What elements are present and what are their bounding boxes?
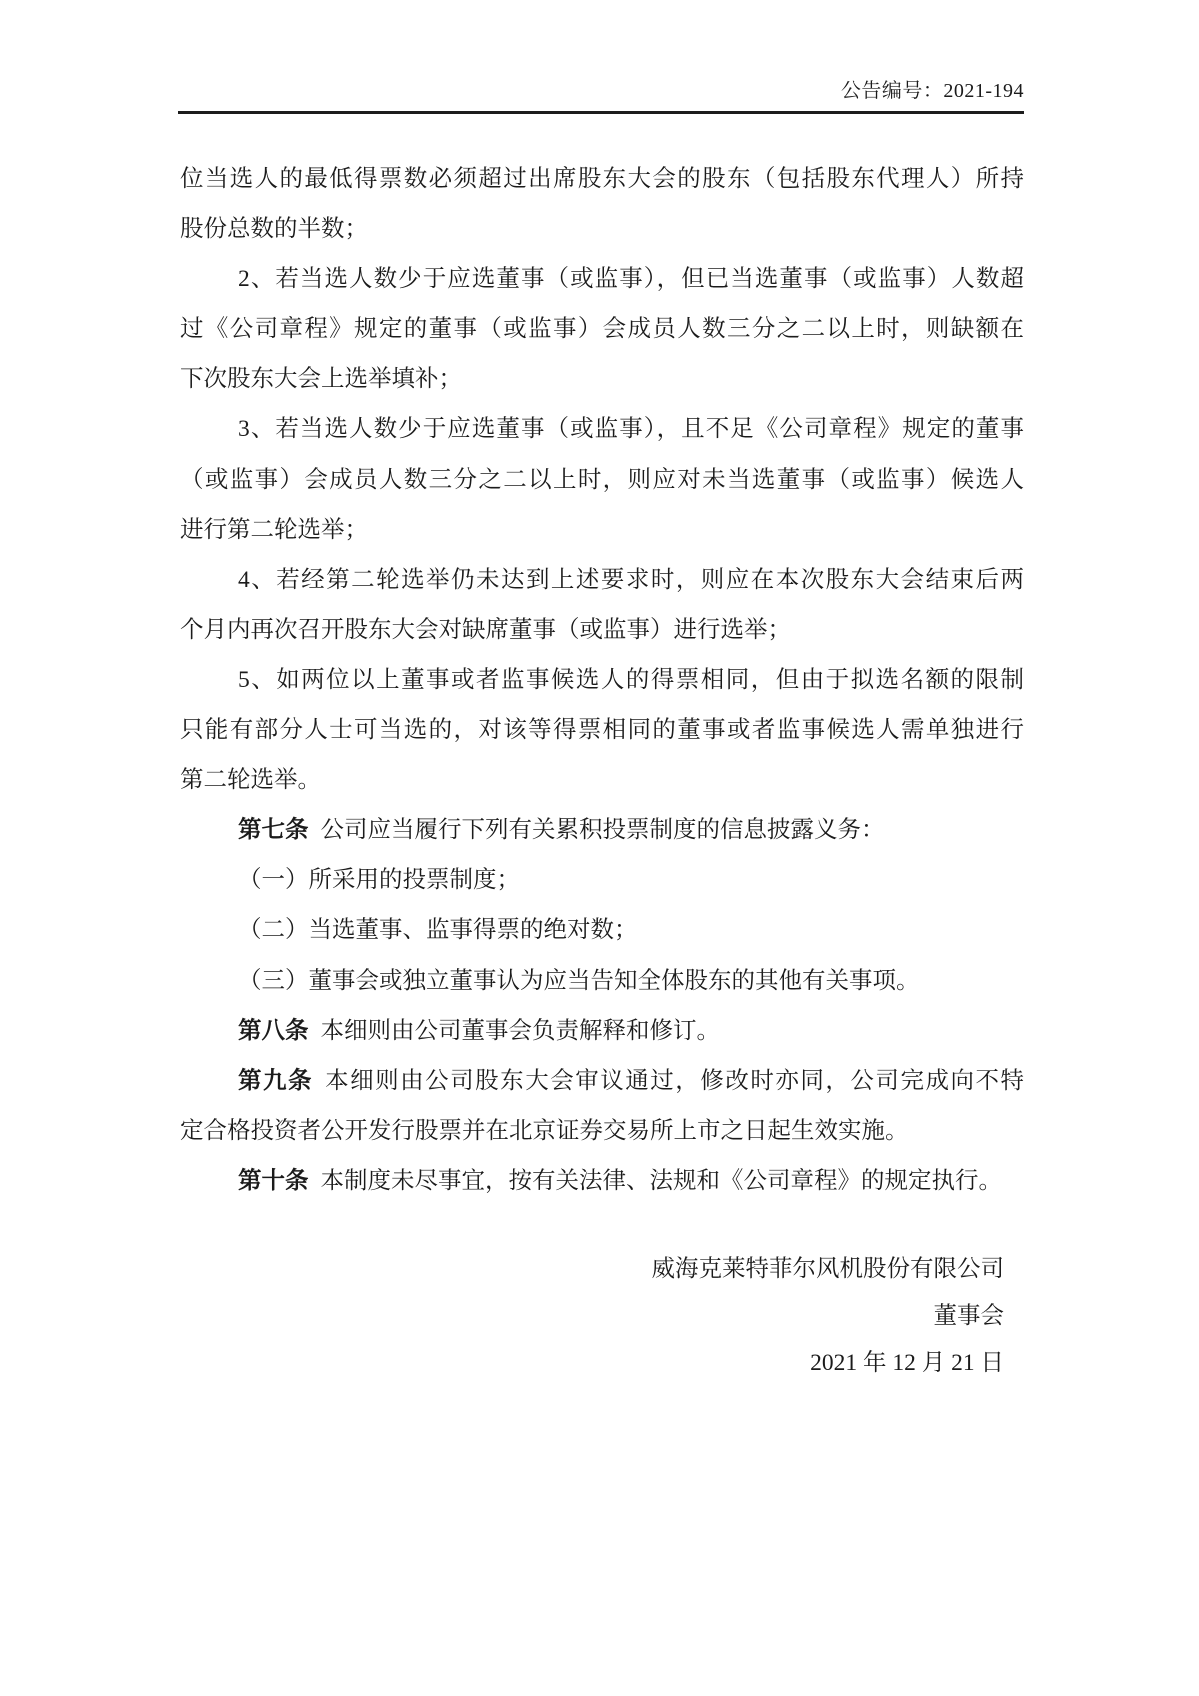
article-lead: 第十条 [238, 1168, 309, 1194]
signature-date: 2021 年 12 月 21 日 [180, 1340, 1004, 1387]
article-lead: 第九条 [238, 1068, 313, 1094]
body-line-text: （一）所采用的投票制度； [238, 867, 520, 893]
body-line: 过《公司章程》规定的董事（或监事）会成员人数三分之二以上时，则缺额在 [180, 304, 1024, 354]
body-line: 3、若当选人数少于应选董事（或监事），且不足《公司章程》规定的董事 [180, 404, 1024, 454]
article-lead: 第七条 [238, 817, 309, 843]
body-line: 股份总数的半数； [180, 204, 1024, 254]
signature-board: 董事会 [180, 1293, 1004, 1340]
body-line-text: 只能有部分人士可当选的，对该等得票相同的董事或者监事候选人需单独进行 [180, 717, 1024, 743]
body-line: 5、如两位以上董事或者监事候选人的得票相同，但由于拟选名额的限制 [180, 655, 1024, 705]
body-line-text: 股份总数的半数； [180, 216, 368, 242]
body-line: 2、若当选人数少于应选董事（或监事），但已当选董事（或监事）人数超 [180, 254, 1024, 304]
body-line: 第八条本细则由公司董事会负责解释和修订。 [180, 1006, 1024, 1056]
body-line: （一）所采用的投票制度； [180, 855, 1024, 905]
body-line: （二）当选董事、监事得票的绝对数； [180, 905, 1024, 955]
body-line: 定合格投资者公开发行股票并在北京证券交易所上市之日起生效实施。 [180, 1106, 1024, 1156]
body-line-text: 过《公司章程》规定的董事（或监事）会成员人数三分之二以上时，则缺额在 [180, 316, 1024, 342]
page-header: 公告编号：2021-194 [178, 78, 1024, 114]
body-line-text: 3、若当选人数少于应选董事（或监事），且不足《公司章程》规定的董事 [238, 416, 1024, 442]
body-line-text: 定合格投资者公开发行股票并在北京证券交易所上市之日起生效实施。 [180, 1118, 909, 1144]
body-line-text: 第二轮选举。 [180, 767, 321, 793]
body-line: 第七条公司应当履行下列有关累积投票制度的信息披露义务： [180, 805, 1024, 855]
body-line-text: 本制度未尽事宜，按有关法律、法规和《公司章程》的规定执行。 [321, 1168, 1003, 1194]
body-line-text: 2、若当选人数少于应选董事（或监事），但已当选董事（或监事）人数超 [238, 266, 1024, 292]
body-line-text: 公司应当履行下列有关累积投票制度的信息披露义务： [321, 817, 885, 843]
body-line: 第九条本细则由公司股东大会审议通过，修改时亦同，公司完成向不特 [180, 1056, 1024, 1106]
body-line: 第十条本制度未尽事宜，按有关法律、法规和《公司章程》的规定执行。 [180, 1156, 1024, 1206]
body-line: （或监事）会成员人数三分之二以上时，则应对未当选董事（或监事）候选人 [180, 455, 1024, 505]
body-line-text: 4、若经第二轮选举仍未达到上述要求时，则应在本次股东大会结束后两 [238, 567, 1024, 593]
body-line-text: 下次股东大会上选举填补； [180, 366, 462, 392]
body-line-text: （二）当选董事、监事得票的绝对数； [238, 917, 638, 943]
signature-company: 威海克莱特菲尔风机股份有限公司 [180, 1246, 1004, 1293]
article-lead: 第八条 [238, 1018, 309, 1044]
body-line: 下次股东大会上选举填补； [180, 354, 1024, 404]
body-line-text: （或监事）会成员人数三分之二以上时，则应对未当选董事（或监事）候选人 [180, 467, 1024, 493]
body-line-text: 本细则由公司股东大会审议通过，修改时亦同，公司完成向不特 [325, 1068, 1024, 1094]
body-line-text: 进行第二轮选举； [180, 517, 368, 543]
body-line-text: （三）董事会或独立董事认为应当告知全体股东的其他有关事项。 [238, 968, 920, 994]
document-page: 公告编号：2021-194 位当选人的最低得票数必须超过出席股东大会的股东（包括… [0, 0, 1199, 1696]
body-line: 4、若经第二轮选举仍未达到上述要求时，则应在本次股东大会结束后两 [180, 555, 1024, 605]
body-line: 第二轮选举。 [180, 755, 1024, 805]
body-line-text: 本细则由公司董事会负责解释和修订。 [321, 1018, 721, 1044]
announcement-number: 公告编号：2021-194 [841, 80, 1024, 102]
body-line-text: 个月内再次召开股东大会对缺席董事（或监事）进行选举； [180, 617, 791, 643]
body-line: 个月内再次召开股东大会对缺席董事（或监事）进行选举； [180, 605, 1024, 655]
body-line: 位当选人的最低得票数必须超过出席股东大会的股东（包括股东代理人）所持 [180, 154, 1024, 204]
signature-block: 威海克莱特菲尔风机股份有限公司 董事会 2021 年 12 月 21 日 [180, 1246, 1004, 1387]
document-body: 位当选人的最低得票数必须超过出席股东大会的股东（包括股东代理人）所持股份总数的半… [180, 154, 1024, 1206]
body-line: 进行第二轮选举； [180, 505, 1024, 555]
body-line-text: 5、如两位以上董事或者监事候选人的得票相同，但由于拟选名额的限制 [238, 667, 1024, 693]
body-line: 只能有部分人士可当选的，对该等得票相同的董事或者监事候选人需单独进行 [180, 705, 1024, 755]
body-line-text: 位当选人的最低得票数必须超过出席股东大会的股东（包括股东代理人）所持 [180, 166, 1024, 192]
body-line: （三）董事会或独立董事认为应当告知全体股东的其他有关事项。 [180, 956, 1024, 1006]
